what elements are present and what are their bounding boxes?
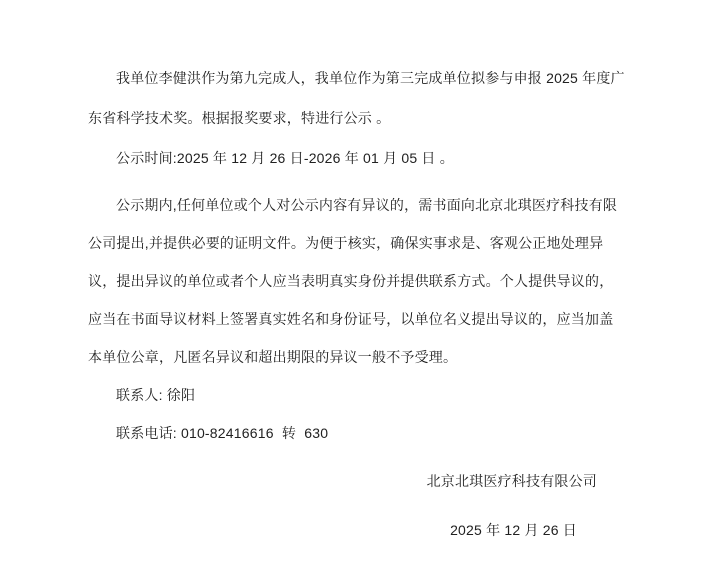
paragraph-contact-phone: 联系电话: 010-82416616 转 630 <box>88 414 615 452</box>
text-line: 联系电话: 010-82416616 转 630 <box>88 414 615 452</box>
paragraph-contact-person: 联系人: 徐阳 <box>88 376 615 414</box>
paragraph-objection-procedure: 公示期内,任何单位或个人对公示内容有异议的，需书面向北京北琪医疗科技有限公司提出… <box>88 186 615 376</box>
text-line: 联系人: 徐阳 <box>88 376 615 414</box>
document-page: 我单位李健洪作为第九完成人，我单位作为第三完成单位拟参与申报 2025 年度广东… <box>0 0 701 572</box>
paragraph-intro: 我单位李健洪作为第九完成人，我单位作为第三完成单位拟参与申报 2025 年度广东… <box>88 58 615 138</box>
text-line: 我单位李健洪作为第九完成人，我单位作为第三完成单位拟参与申报 2025 年度广 <box>88 58 615 98</box>
paragraph-signature-company: 北京北琪医疗科技有限公司 <box>88 462 615 500</box>
text-line: 北京北琪医疗科技有限公司 <box>88 462 597 500</box>
text-line: 议，提出异议的单位或者个人应当表明真实身份并提供联系方式。个人提供导议的， <box>88 262 615 300</box>
text-line: 本单位公章，凡匿名异议和超出期限的异议一般不予受理。 <box>88 338 615 376</box>
paragraph-publicity-period: 公示时间:2025 年 12 月 26 日-2026 年 01 月 05 日 。 <box>88 138 615 178</box>
text-line: 公示时间:2025 年 12 月 26 日-2026 年 01 月 05 日 。 <box>88 138 615 178</box>
text-line: 公示期内,任何单位或个人对公示内容有异议的，需书面向北京北琪医疗科技有限 <box>88 186 615 224</box>
text-line: 东省科学技术奖。根据报奖要求，特进行公示 。 <box>88 98 615 138</box>
paragraph-signature-date: 2025 年 12 月 26 日 <box>88 511 615 549</box>
text-line: 应当在书面导议材料上签署真实姓名和身份证号，以单位名义提出导议的，应当加盖 <box>88 300 615 338</box>
document-body: 我单位李健洪作为第九完成人，我单位作为第三完成单位拟参与申报 2025 年度广东… <box>88 58 615 549</box>
text-line: 2025 年 12 月 26 日 <box>88 511 577 549</box>
text-line: 公司提出,并提供必要的证明文件。为便于核实，确保实事求是、客观公正地处理异 <box>88 224 615 262</box>
